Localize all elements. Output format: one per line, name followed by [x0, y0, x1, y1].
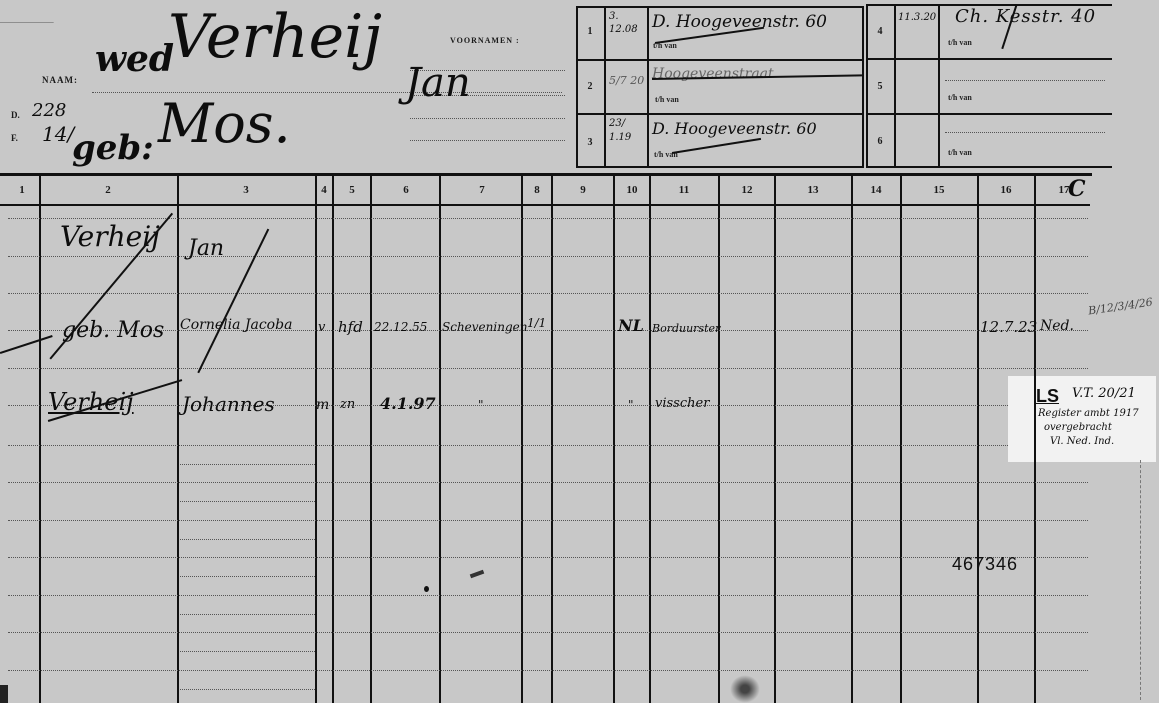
row-occupation: Borduurster: [652, 322, 720, 335]
row-guide: [180, 539, 315, 540]
row-religion: ": [628, 398, 634, 412]
d-value: 228: [32, 100, 66, 121]
row-surname: Verheij: [60, 220, 160, 253]
row-date-col16: 12.7.23: [980, 318, 1037, 336]
naam-prefix: wed: [95, 38, 174, 80]
stamp-line-3: overgebracht: [1044, 422, 1112, 433]
address-divider: [576, 113, 864, 115]
row-birthplace: ": [478, 398, 484, 412]
naam-label: NAAM:: [42, 75, 78, 85]
address-thvan: t/h van: [948, 148, 972, 157]
address-number: 1: [580, 26, 600, 37]
row-guide: [8, 632, 1088, 633]
address-box-right: [866, 4, 1112, 168]
row-guide: [8, 520, 1088, 521]
f-value: 14/: [42, 122, 74, 146]
geb-label: geb:: [72, 128, 154, 168]
table-top-border: [0, 173, 1092, 176]
address-number: 2: [580, 81, 600, 92]
column-header-10: 10: [617, 184, 647, 196]
address-divider: [576, 59, 864, 61]
address-street: Ch. Kesstr. 40: [955, 6, 1096, 27]
column-header-15: 15: [924, 184, 954, 196]
row-relation: hfd: [338, 318, 363, 336]
row-guide: [8, 595, 1088, 596]
row-guide: [8, 482, 1088, 483]
row-nationality: Ned.: [1040, 318, 1074, 334]
row-guide: [8, 670, 1088, 671]
margin-line: [0, 335, 53, 353]
row-firstnames: Jan: [188, 236, 224, 261]
row-firstnames: Cornelia Jacoba: [180, 315, 295, 335]
header-bottom-border: [0, 204, 1090, 206]
row-guide: [180, 651, 315, 652]
ink-speck: [470, 570, 485, 579]
surname: Verheij: [168, 2, 382, 72]
paper-edge: [1140, 460, 1142, 700]
column-header-2: 2: [93, 184, 123, 196]
voornamen-dotline-4: [410, 140, 565, 141]
stain: [730, 675, 760, 703]
column-header-16: 16: [991, 184, 1021, 196]
address-divider: [647, 6, 649, 168]
address-date: 23/ 1.19: [609, 117, 645, 145]
address-number: 4: [870, 26, 890, 37]
voornamen-value: Jan: [405, 60, 471, 106]
pasted-note-slip: LS V.T. 20/21 Register ambt 1917 overgeb…: [1008, 376, 1156, 462]
f-label: F.: [11, 133, 18, 143]
address-dotline: [945, 132, 1105, 133]
d-label: D.: [11, 110, 20, 120]
row-sex: m: [316, 397, 329, 413]
row-surname: Verheij: [48, 388, 134, 416]
row-guide: [8, 330, 1088, 331]
row-religion: NL: [618, 316, 644, 335]
column-header-11: 11: [669, 184, 699, 196]
row-margin-note: B/12/3/4/26: [1087, 296, 1153, 318]
address-divider: [938, 4, 940, 168]
row-guide: [8, 557, 1088, 558]
row-birthdate: 22.12.55: [374, 320, 427, 334]
column-header-13: 13: [798, 184, 828, 196]
row-surname: geb. Mos: [62, 318, 164, 343]
column-header-14: 14: [861, 184, 891, 196]
row-guide: [180, 689, 315, 690]
ink-speck: [424, 586, 429, 592]
address-dotline: [945, 80, 1105, 81]
row-guide: [8, 405, 1088, 406]
corner-mark: [0, 0, 67, 23]
row-birthdate: 4.1.97: [380, 394, 436, 413]
voornamen-dotline-3: [410, 118, 565, 119]
row-guide: [8, 445, 1088, 446]
column-header-9: 9: [568, 184, 598, 196]
row-guide: [8, 368, 1088, 369]
row-sex: v: [318, 320, 325, 335]
address-thvan: t/h van: [948, 38, 972, 47]
address-divider: [604, 6, 606, 168]
row-guide: [8, 256, 1088, 257]
edge-mark: [0, 685, 8, 703]
address-thvan: t/h van: [948, 93, 972, 102]
serial-number: 467346: [952, 554, 1018, 575]
row-guide: [180, 501, 315, 502]
column-header-1: 1: [7, 184, 37, 196]
address-divider: [866, 58, 1112, 60]
voornamen-label: VOORNAMEN :: [450, 36, 520, 45]
row-birthplace: Scheveningen: [442, 320, 527, 334]
row-occupation: visscher: [655, 396, 709, 411]
column-header-6: 6: [391, 184, 421, 196]
address-street: D. Hoogeveenstr. 60: [652, 119, 817, 138]
column-separator: [1034, 376, 1036, 462]
row-guide: [180, 464, 315, 465]
address-number: 6: [870, 136, 890, 147]
geb-name: Mos.: [158, 92, 291, 155]
stamp-line-1: V.T. 20/21: [1072, 386, 1136, 401]
address-divider: [866, 113, 1112, 115]
column-header-12: 12: [732, 184, 762, 196]
address-number: 3: [580, 137, 600, 148]
column-header-5: 5: [337, 184, 367, 196]
address-date: 5/7 20: [609, 74, 644, 87]
row-relation: zn: [340, 397, 355, 412]
stamp-code: LS: [1036, 386, 1059, 407]
address-street: Hoogeveenstraat: [652, 66, 774, 82]
address-thvan: t/h van: [655, 95, 679, 104]
column-header-7: 7: [467, 184, 497, 196]
row-col8: 1/1: [527, 316, 546, 330]
column-header-8: 8: [522, 184, 552, 196]
stamp-line-4: Vl. Ned. Ind.: [1050, 436, 1114, 447]
row-firstnames: Johannes: [182, 392, 275, 416]
address-number: 5: [870, 81, 890, 92]
row-guide: [8, 293, 1088, 294]
row-guide: [180, 576, 315, 577]
column-header-3: 3: [231, 184, 261, 196]
row-guide: [180, 614, 315, 615]
address-date: 11.3.20: [898, 12, 936, 23]
address-date: 3. 12.08: [609, 10, 645, 36]
stamp-line-2: Register ambt 1917: [1038, 408, 1139, 419]
row-guide: [8, 218, 1088, 219]
column-header-4: 4: [309, 184, 339, 196]
column-17-mark: C: [1068, 176, 1086, 202]
address-divider: [894, 4, 896, 168]
